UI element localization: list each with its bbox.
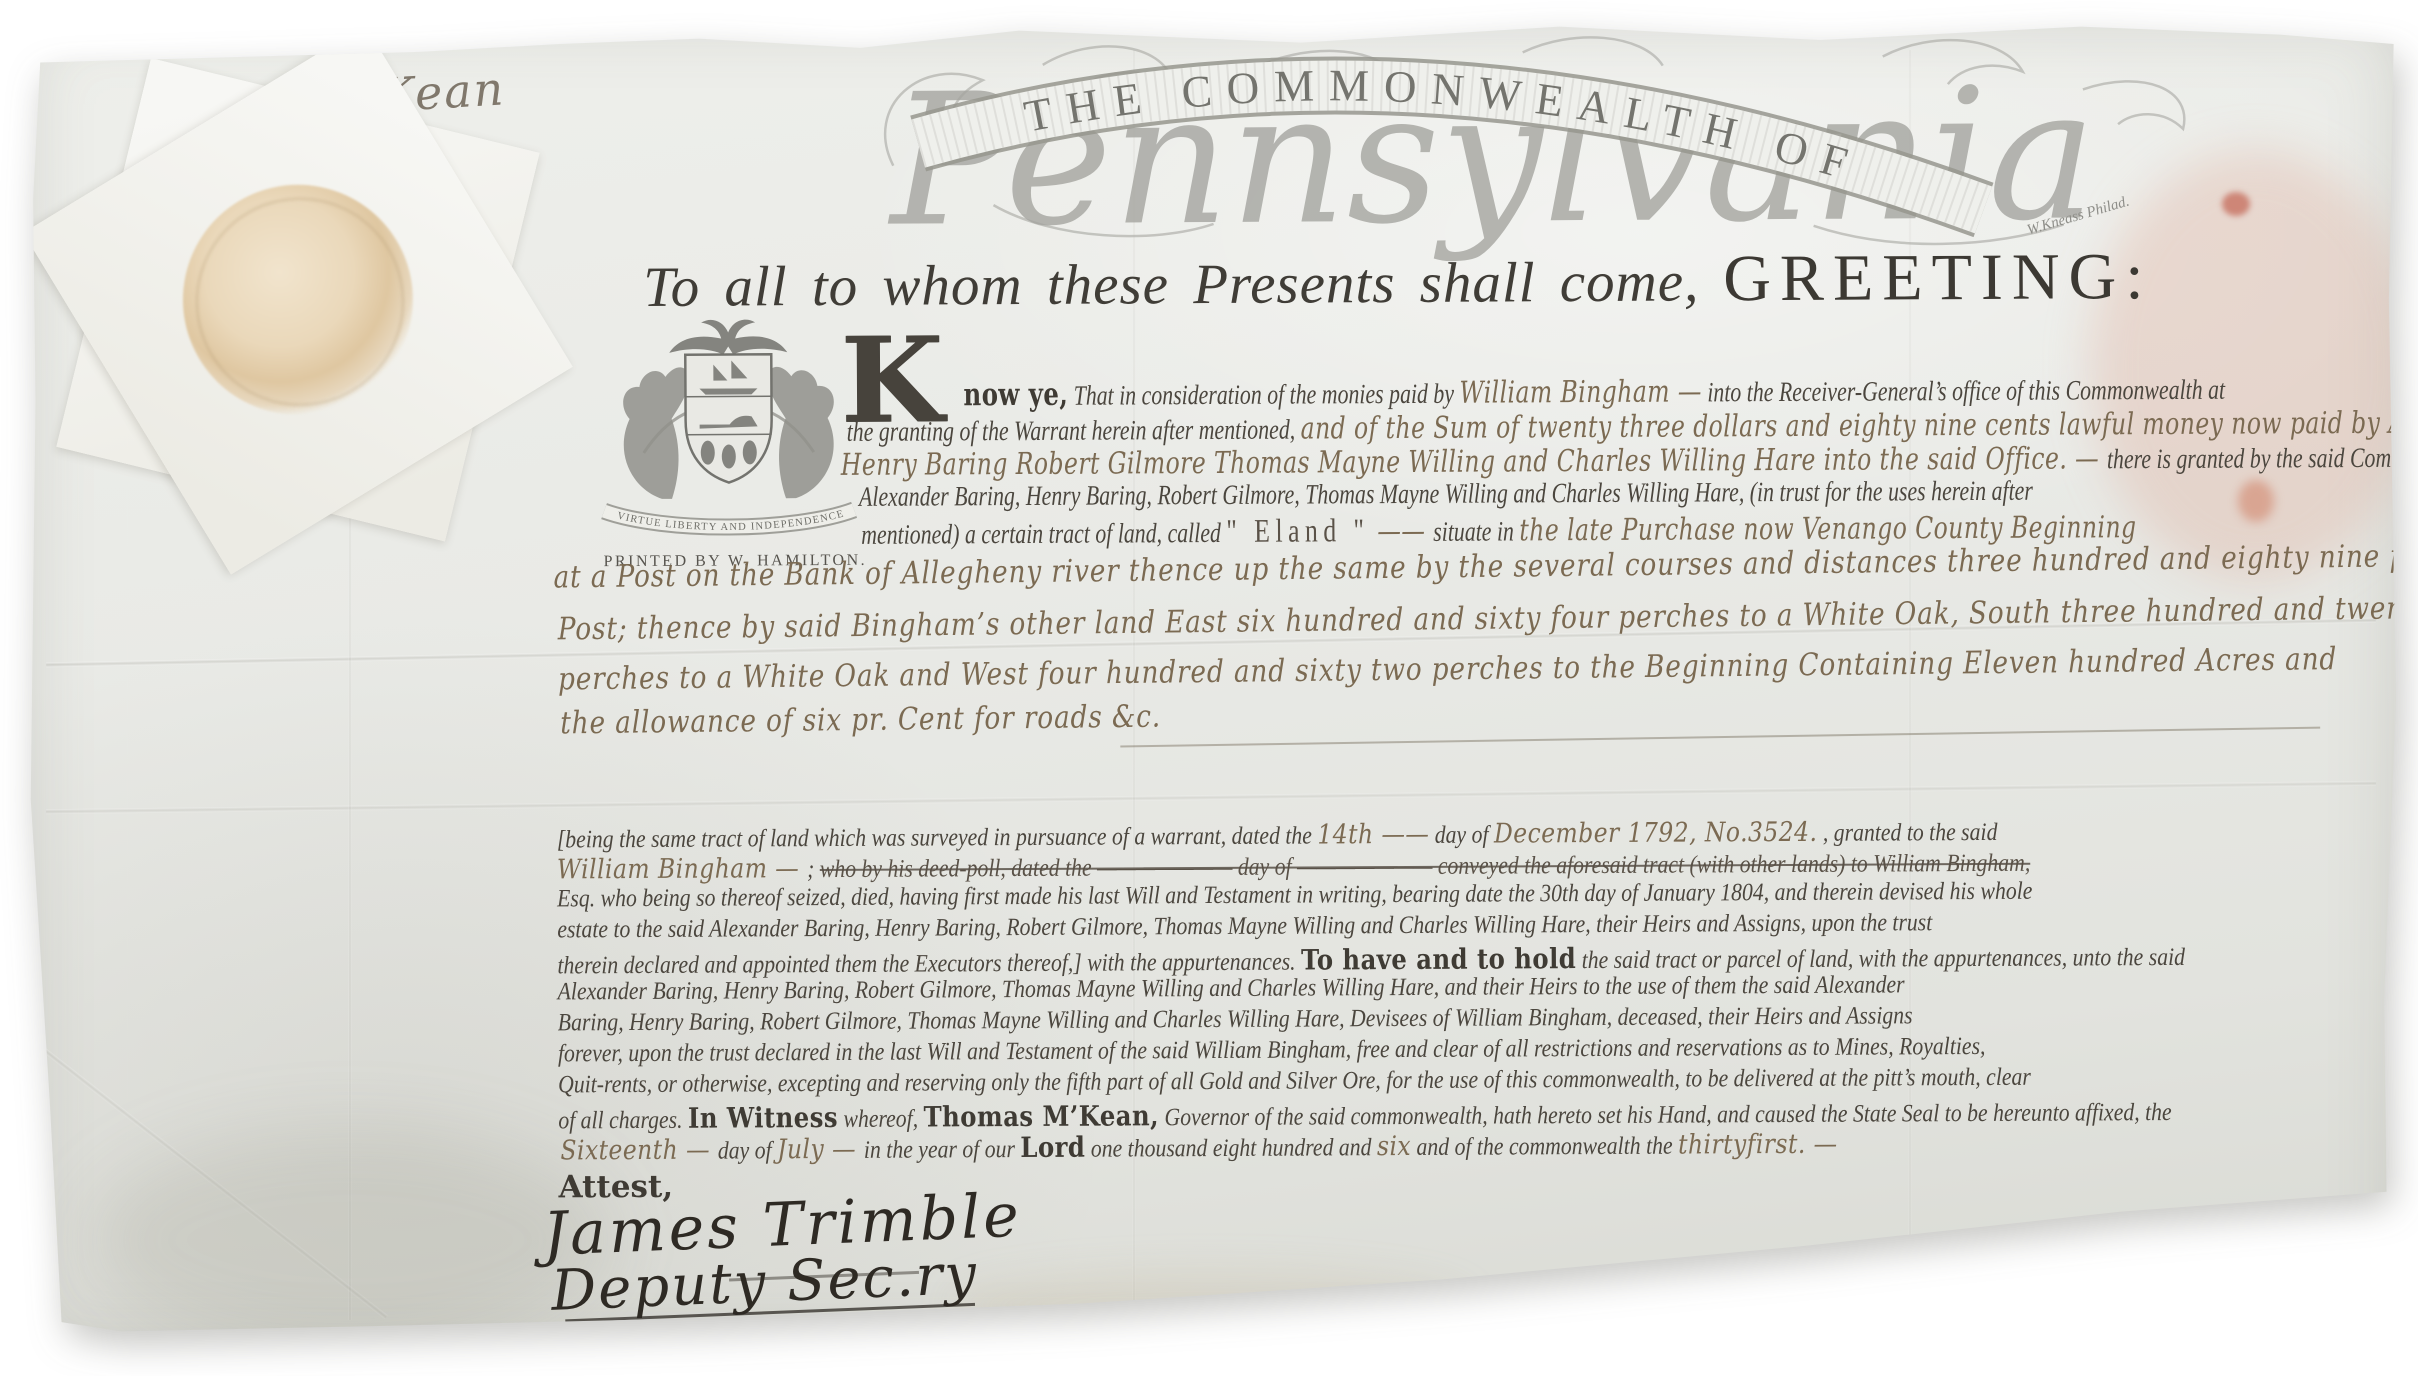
- text-segment-hand: thirtyfirst. —: [1678, 1129, 1838, 1161]
- engraved-header: Pennsylvania THE COMMONWEALTH OF W.Kneas…: [833, 19, 2254, 276]
- text-segment-print: day of: [1429, 822, 1494, 849]
- text-segment-print: the said tract or parcel of land, with t…: [1576, 944, 2185, 974]
- deed-line-6: Alexander Baring, Henry Baring, Robert G…: [558, 971, 1905, 1006]
- text-segment-hand: William Bingham —: [557, 853, 807, 885]
- horse-left-icon: [623, 367, 690, 499]
- text-segment-print: situate in: [1433, 516, 1519, 547]
- document-content: Tho M. Kean: [23, 14, 2400, 1356]
- photo-backdrop: Tho M. Kean: [0, 0, 2418, 1376]
- ship-icon: [699, 388, 757, 394]
- text-segment-print: That in consideration of the monies paid…: [1068, 379, 1459, 412]
- wheat-sheaf-icon: [701, 441, 715, 465]
- deed-line-7: Baring, Henry Baring, Robert Gilmore, Th…: [558, 1002, 1913, 1037]
- text-segment-print: [being the same tract of land which was …: [557, 822, 1318, 853]
- deed-line-4: estate to the said Alexander Baring, Hen…: [557, 909, 1932, 944]
- wheat-sheaf-icon: [743, 440, 757, 464]
- text-segment-hand: ——: [1369, 514, 1433, 549]
- deed-line-11: Sixteenth — day of July — in the year of…: [560, 1127, 1837, 1167]
- text-segment-hand: William Bingham —: [1459, 374, 1702, 410]
- text-segment-print: day of: [718, 1137, 777, 1164]
- text-segment-bl: now ye,: [963, 377, 1068, 414]
- text-segment-print: the granting of the Warrant herein after…: [847, 415, 1301, 448]
- eagle-icon: [669, 319, 787, 354]
- deed-line-9: Quit-rents, or otherwise, excepting and …: [558, 1064, 2031, 1100]
- text-segment-hand: six: [1377, 1131, 1411, 1162]
- text-segment-hand: July —: [777, 1134, 864, 1165]
- text-segment-eland: " Eland ": [1226, 513, 1369, 550]
- document-paper-wrap: Tho M. Kean: [0, 0, 2418, 1376]
- survey-line-4: the allowance of six pr. Cent for roads …: [560, 699, 1161, 742]
- survey-line-3: perches to a White Oak and West four hun…: [558, 641, 2337, 697]
- text-segment-print: Quit-rents, or otherwise, excepting and …: [558, 1064, 2031, 1099]
- deed-line-8: forever, upon the trust declared in the …: [558, 1033, 1986, 1068]
- text-segment-print: Alexander Baring, Henry Baring, Robert G…: [558, 971, 1905, 1005]
- text-segment-print: in the year of our: [864, 1136, 1021, 1164]
- text-segment-print: and of the commonwealth the: [1411, 1133, 1678, 1161]
- text-segment-bl: Lord: [1020, 1131, 1085, 1164]
- text-segment-print: mentioned) a certain tract of land, call…: [861, 518, 1226, 551]
- text-segment-print: of all charges.: [558, 1107, 688, 1135]
- document-paper: Tho M. Kean: [26, 20, 2396, 1350]
- coat-of-arms: VIRTUE LIBERTY AND INDEPENDENCE: [573, 302, 884, 549]
- text-segment-print: into the Receiver-General’s office of th…: [1702, 375, 2225, 409]
- horse-right-icon: [767, 367, 834, 499]
- text-segment-print: estate to the said Alexander Baring, Hen…: [557, 909, 1932, 943]
- text-segment-print: Baring, Henry Baring, Robert Gilmore, Th…: [558, 1002, 1913, 1036]
- greeting-text: GREETING:: [1723, 240, 2153, 315]
- embossed-seal-ring: [195, 197, 404, 406]
- survey-line-2: Post; thence by said Bingham’s other lan…: [558, 590, 2418, 648]
- text-segment-hand: December 1792, No.3524.: [1494, 817, 1818, 850]
- text-segment-print: whereof,: [838, 1106, 924, 1133]
- blank-rule-line: [1120, 727, 2320, 748]
- text-segment-bl: Thomas M’Kean,: [923, 1099, 1159, 1133]
- text-segment-print: Governor of the said commonwealth, hath …: [1159, 1099, 2172, 1131]
- text-segment-print: ;: [807, 856, 820, 883]
- text-segment-hand: Sixteenth —: [560, 1135, 718, 1167]
- grant-line-4: Alexander Baring, Henry Baring, Robert G…: [859, 476, 2033, 514]
- text-segment-print: forever, upon the trust declared in the …: [558, 1033, 1986, 1067]
- wheat-sheaf-icon: [722, 444, 736, 468]
- text-segment-print: there is granted by the said Commonwealt…: [2107, 442, 2418, 476]
- text-segment-print: one thousand eight hundred and: [1085, 1134, 1377, 1163]
- text-segment-print: , granted to the said: [1817, 819, 1997, 847]
- text-segment-bl: To have and to hold: [1301, 942, 1576, 976]
- text-segment-print: Alexander Baring, Henry Baring, Robert G…: [859, 476, 2033, 513]
- text-segment-bl: In Witness: [688, 1101, 838, 1135]
- text-segment-hand: 14th ——: [1317, 819, 1429, 851]
